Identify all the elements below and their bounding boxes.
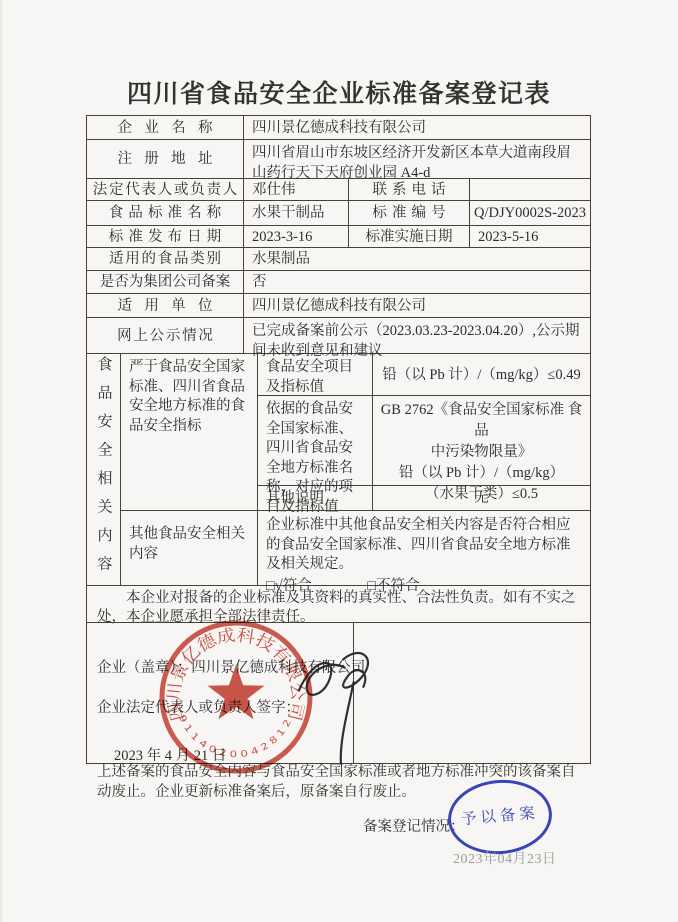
applicable-unit-value: 四川景亿德成科技有限公司 [244,294,590,318]
page-title: 四川省食品安全企业标准备案登记表 [0,74,678,110]
other-related-value-cell: 企业标准中其他食品安全相关内容是否符合相应的食品安全国家标准、四川省食品安全地方… [258,511,590,586]
basis-label-cell: 依据的食品安全国家标准、四川省食品安全地方标准名称，对应的项目及指标值 [258,396,373,486]
other-related-statement: 企业标准中其他食品安全相关内容是否符合相应的食品安全国家标准、四川省食品安全地方… [266,517,571,572]
group-filing-label: 是否为集团公司备案 [100,273,231,291]
food-category-label: 适用的食品类别 [109,250,223,268]
safety-section-side-cell: 食品安全相关内容 [87,354,121,586]
publish-date-value: 2023-3-16 [244,226,349,248]
legal-rep-label-cell: 法定代表人或负责人 [87,179,244,201]
registration-table: 企业名称 四川景亿德成科技有限公司 注册地址 四川省眉山市东坡区经济开发新区本草… [86,115,591,764]
publicity-label: 网上公示情况 [117,327,214,345]
standard-name-label: 食品标准名称 [109,204,226,222]
company-name-value: 四川景亿德成科技有限公司 [244,116,590,140]
publish-date-label: 标准发布日期 [109,228,226,246]
applicable-unit-label: 适用单位 [118,297,225,315]
company-stamp-cell: 企业（盖章）：四川景亿德成科技有限公司 企业法定代表人或负责人签字： 2023 … [87,623,354,763]
publicity-value: 已完成备案前公示（2023.03.23-2023.04.20）,公示期间未收到意… [244,318,590,354]
food-category-value: 水果制品 [244,248,590,271]
approval-stamp-date: 2023年04月23日 [453,851,557,869]
basis-line-2: 中污染物限量》 [377,442,586,463]
standard-name-label-cell: 食品标准名称 [87,201,244,226]
phone-label: 联系电话 [372,181,450,199]
applicable-unit-label-cell: 适用单位 [87,294,244,318]
phone-value [470,179,590,201]
declaration-cell: 本企业对报备的企业标准及其资料的真实性、合法性负责。如有不实之处，本企业愿承担全… [87,586,590,623]
address-label: 注册地址 [118,150,225,168]
footer-note: 上述备案的食品安全内容与食品安全国家标准或者地方标准冲突的该备案自动废止。企业更… [97,763,586,802]
basis-value-cell: GB 2762《食品安全国家标准 食品 中污染物限量》 铅（以 Pb 计）/（m… [373,396,590,486]
group-filing-label-cell: 是否为集团公司备案 [87,271,244,294]
company-seal-line: 企业（盖章）：四川景亿德成科技有限公司 [97,659,365,677]
basis-line-1: GB 2762《食品安全国家标准 食品 [377,400,586,442]
safety-section-side-label: 食品安全相关内容 [95,356,113,584]
standard-number-label: 标准编号 [372,204,450,222]
phone-label-cell: 联系电话 [349,179,470,201]
standard-number-value: Q/DJY0002S-2023 [470,201,590,226]
other-note-label-cell: 其他说明 [258,486,373,511]
food-category-label-cell: 适用的食品类别 [87,248,244,271]
legal-rep-value: 邓仕伟 [244,179,349,201]
stricter-label-cell: 严于食品安全国家标准、四川省食品安全地方标准的食品安全指标 [121,354,258,511]
group-filing-value: 否 [244,271,590,294]
company-name-label-cell: 企业名称 [87,116,244,140]
other-note-value-cell: 无 [373,486,590,511]
item-value-cell: 铅（以 Pb 计）/（mg/kg）≤0.49 [373,354,590,396]
company-sign-line: 企业法定代表人或负责人签字： [97,699,300,717]
basis-line-3: 铅（以 Pb 计）/（mg/kg） [377,463,586,484]
other-related-label-cell: 其他食品安全相关内容 [121,511,258,586]
impl-date-label-cell: 标准实施日期 [349,226,470,248]
standard-name-value: 水果干制品 [244,201,349,226]
impl-date-value: 2023-5-16 [470,226,590,248]
legal-rep-label: 法定代表人或负责人 [93,181,239,199]
standard-number-label-cell: 标准编号 [349,201,470,226]
impl-date-label: 标准实施日期 [366,228,453,246]
scan-edge-artifact [0,0,4,922]
item-label-cell: 食品安全项目及指标值 [258,354,373,396]
scanned-registration-form: { "page": { "title": "四川省食品安全企业标准备案登记表" … [0,0,678,922]
address-label-cell: 注册地址 [87,140,244,179]
company-name-label: 企业名称 [118,119,225,137]
address-value: 四川省眉山市东坡区经济开发新区本草大道南段眉山药行天下天府创业园 A4-d [244,140,590,179]
publish-date-label-cell: 标准发布日期 [87,226,244,248]
publicity-label-cell: 网上公示情况 [87,318,244,354]
